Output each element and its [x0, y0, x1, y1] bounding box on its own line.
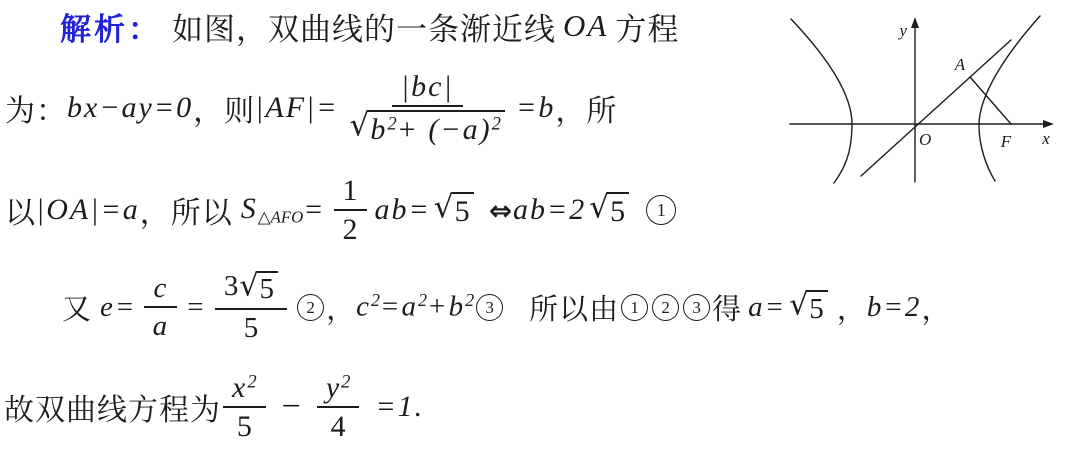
ab-equals-2: ab=2 — [513, 193, 586, 227]
a-equals: a= — [748, 291, 786, 324]
x-var: x — [232, 371, 247, 404]
sqrt-5: √5 — [239, 271, 278, 305]
den-5: 5 — [237, 408, 252, 443]
y2-over-4-fraction: y2 4 — [317, 372, 360, 443]
b-sup: 2 — [465, 290, 474, 310]
solution-line-4: 又 e= c a = 3√5 5 2 ， c2=a2+b2 3 所以由 1 2 … — [62, 262, 951, 352]
e-equals: e= — [100, 291, 136, 324]
denominator-radical: √ b2+ (−a)2 — [350, 110, 506, 145]
radical-sign: √ — [350, 111, 370, 142]
a-var: =a — [380, 291, 418, 323]
line1-oa: OA — [563, 8, 608, 44]
c-var: c — [356, 291, 371, 323]
line2-lead: 为： — [5, 86, 67, 130]
sqrt-5: √5 — [434, 192, 474, 227]
radical-sign: √ — [239, 271, 258, 301]
ab-equals: ab= — [375, 193, 431, 227]
asymptote-line-oa — [861, 40, 1011, 176]
three-sqrt5-over-5-fraction: 3√5 5 — [215, 271, 287, 344]
line2-then: ，则 — [193, 86, 255, 130]
x-axis-label: x — [1041, 129, 1050, 148]
equals-1: =1. — [375, 390, 424, 424]
y-var: y — [326, 371, 341, 404]
line4-comma3: ， — [921, 287, 951, 328]
fraction-numerator: |bc| — [401, 70, 454, 103]
y-axis-label: y — [897, 21, 907, 40]
focus-label: F — [1000, 132, 1012, 151]
sqrt-5: √5 — [589, 192, 629, 227]
y-sup: 2 — [341, 371, 350, 392]
line4-you: 又 — [62, 287, 92, 328]
radical-sign: √ — [589, 193, 609, 224]
origin-label: O — [919, 130, 931, 149]
point-a-label: A — [954, 55, 966, 74]
radicand-5: 5 — [806, 290, 827, 324]
b-var: +b — [427, 291, 465, 323]
area-symbol: S△AFO — [241, 192, 304, 228]
frac-c: c — [153, 272, 168, 304]
af-equals: |AF|= — [255, 91, 338, 125]
line4-comma2: ， — [837, 287, 867, 328]
af-fraction: |bc| √ b2+ (−a)2 — [347, 71, 509, 146]
radicand-5: 5 — [452, 192, 474, 227]
equals-b: =b — [516, 91, 555, 125]
solution-line-5: 故双曲线方程为 x2 5 − y2 4 =1. — [4, 360, 424, 454]
solution-line-2: 为： bx−ay=0 ，则 |AF|= |bc| √ b2+ (−a)2 =b … — [5, 56, 617, 160]
solution-line-1: 解析： 如图，双曲线的一条渐近线 OA 方程 — [60, 4, 679, 48]
analysis-label: 解析： — [60, 4, 162, 49]
half-numerator: 1 — [334, 175, 367, 212]
c-sup: 2 — [371, 290, 380, 310]
equation-tag-2: 2 — [297, 294, 324, 321]
asymptote-equation: bx−ay=0 — [67, 91, 193, 125]
den-neg-a: + (−a) — [397, 113, 492, 146]
frac-a: a — [153, 310, 170, 342]
y-axis-arrow — [911, 17, 919, 28]
radicand-5: 5 — [607, 192, 629, 227]
pythagorean-relation: c2=a2+b2 — [356, 290, 474, 323]
den-4: 4 — [331, 408, 346, 443]
oa-equals-a: |OA|=a — [36, 193, 140, 227]
c-over-a-fraction: c a — [144, 273, 177, 342]
radicand-5: 5 — [257, 271, 278, 305]
equation-tag-1: 1 — [646, 195, 676, 225]
one-half-fraction: 1 2 — [334, 175, 367, 246]
b-equals-2: b=2 — [867, 291, 922, 324]
line5-lead: 故双曲线方程为 — [4, 385, 221, 429]
x-sup: 2 — [247, 371, 256, 392]
line3-suoyi: ，所以 — [140, 188, 233, 232]
line4-therefore: 所以由 — [529, 287, 619, 328]
ref-tag-1: 1 — [621, 294, 648, 321]
den-5: 5 — [244, 310, 259, 343]
coef-3: 3 — [224, 270, 239, 302]
solution-line-3: 以 |OA|=a ，所以 S△AFO = 1 2 ab= √5 ⇔ ab=2 √… — [5, 168, 680, 252]
s-letter: S — [241, 192, 258, 225]
line4-eq: = — [185, 291, 207, 324]
triangle-afo-subscript: △AFO — [258, 208, 304, 227]
minus-sign: − — [282, 388, 301, 426]
x2-over-5-fraction: x2 5 — [223, 372, 266, 443]
equation-tag-3: 3 — [476, 294, 503, 321]
line2-tail: ，所 — [555, 86, 617, 130]
half-denominator: 2 — [343, 211, 358, 246]
ref-tag-2: 2 — [652, 294, 679, 321]
den-b: b — [370, 113, 387, 146]
sqrt-5: √5 — [789, 290, 828, 324]
line1-text: 如图，双曲线的一条渐近线 — [172, 4, 556, 49]
line4-comma: ， — [326, 287, 356, 328]
ref-tag-3: 3 — [683, 294, 710, 321]
den-a-sup: 2 — [492, 113, 501, 134]
line1-text2: 方程 — [615, 4, 679, 49]
radical-sign: √ — [434, 193, 454, 224]
x-axis-arrow — [1043, 120, 1054, 128]
math-solution-page: 解析： 如图，双曲线的一条渐近线 OA 方程 为： bx−ay=0 ，则 |AF… — [0, 0, 1080, 471]
radical-sign: √ — [789, 291, 808, 321]
iff-arrow: ⇔ — [489, 194, 512, 227]
line4-de: 得 — [712, 287, 742, 328]
den-b-sup: 2 — [387, 113, 396, 134]
line3-eq: = — [303, 193, 325, 227]
line3-yi: 以 — [5, 188, 36, 232]
a-sup: 2 — [418, 290, 427, 310]
hyperbola-diagram: y x O A F — [788, 4, 1060, 190]
hyperbola-left-branch — [791, 19, 852, 183]
